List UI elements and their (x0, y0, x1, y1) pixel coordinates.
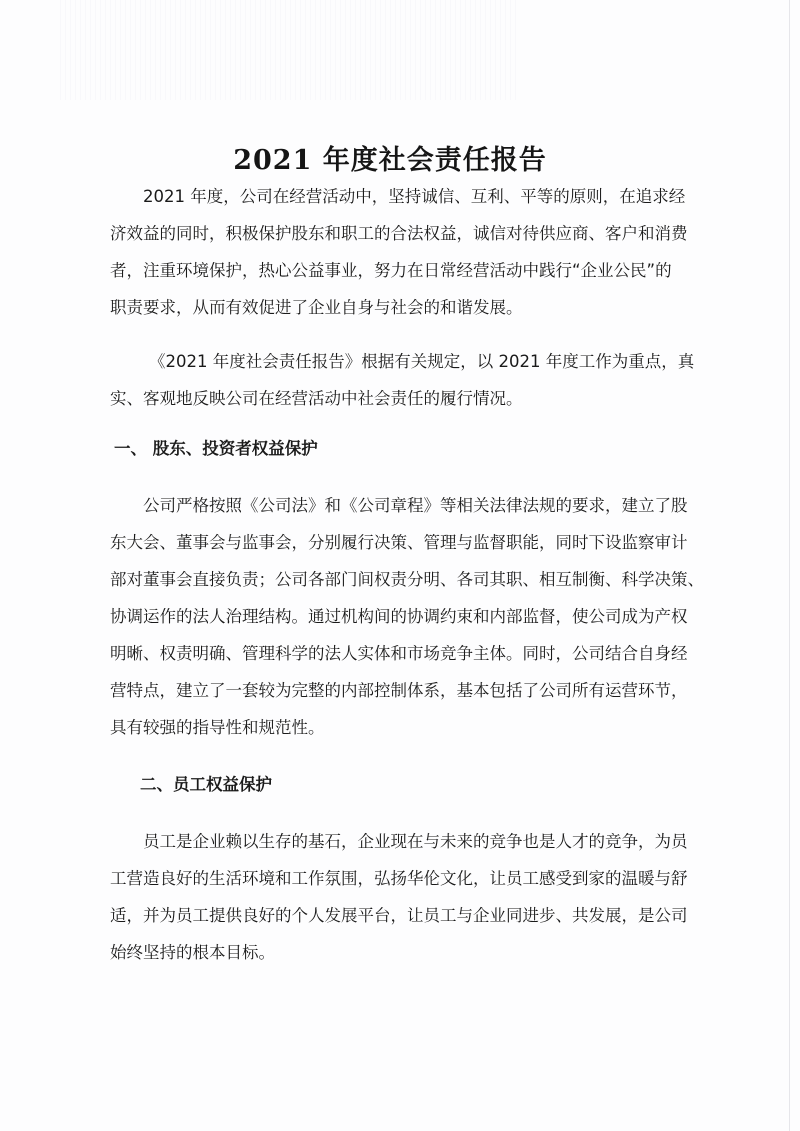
text-line: 职责要求，从而有效促进了企业自身与社会的和谐发展。 (110, 289, 670, 326)
document-title: 2021 年度社会责任报告 (0, 138, 780, 177)
text-line: 2021 年度，公司在经营活动中，坚持诚信、互利、平等的原则，在追求经 (110, 178, 670, 215)
section-heading-employees: 二、员工权益保护 (110, 766, 670, 803)
text-line: 部对董事会直接负责；公司各部门间权责分明、各司其职、相互制衡、科学决策、 (110, 561, 670, 598)
scan-artifact (60, 0, 520, 100)
section-heading-shareholders: 一、 股东、投资者权益保护 (110, 430, 670, 467)
intro-paragraph-1: 2021 年度，公司在经营活动中，坚持诚信、互利、平等的原则，在追求经 济效益的… (110, 178, 670, 326)
text-line: 《2021 年度社会责任报告》根据有关规定，以 2021 年度工作为重点，真 (110, 343, 670, 380)
page-edge (789, 0, 790, 1131)
text-line: 者，注重环境保护，热心公益事业，努力在日常经营活动中践行“企业公民”的 (110, 252, 670, 289)
text-line: 营特点，建立了一套较为完整的内部控制体系，基本包括了公司所有运营环节， (110, 672, 670, 709)
scanned-document-page: 2021 年度社会责任报告 2021 年度，公司在经营活动中，坚持诚信、互利、平… (0, 0, 800, 1131)
text-line: 实、客观地反映公司在经营活动中社会责任的履行情况。 (110, 380, 670, 417)
text-line: 协调运作的法人治理结构。通过机构间的协调约束和内部监督，使公司成为产权 (110, 598, 670, 635)
text-line: 明晰、权责明确、管理科学的法人实体和市场竞争主体。同时，公司结合自身经 (110, 635, 670, 672)
text-line: 东大会、董事会与监事会，分别履行决策、管理与监督职能，同时下设监察审计 (110, 524, 670, 561)
text-line: 具有较强的指导性和规范性。 (110, 709, 670, 746)
text-line: 济效益的同时，积极保护股东和职工的合法权益，诚信对待供应商、客户和消费 (110, 215, 670, 252)
intro-paragraph-2: 《2021 年度社会责任报告》根据有关规定，以 2021 年度工作为重点，真 实… (110, 343, 670, 417)
text-line: 适，并为员工提供良好的个人发展平台，让员工与企业同进步、共发展，是公司 (110, 897, 670, 934)
text-line: 始终坚持的根本目标。 (110, 934, 670, 971)
text-line: 公司严格按照《公司法》和《公司章程》等相关法律法规的要求，建立了股 (110, 487, 670, 524)
section-2-paragraph: 员工是企业赖以生存的基石，企业现在与未来的竞争也是人才的竞争，为员 工营造良好的… (110, 823, 670, 971)
text-line: 工营造良好的生活环境和工作氛围，弘扬华伦文化，让员工感受到家的温暖与舒 (110, 860, 670, 897)
text-line: 员工是企业赖以生存的基石，企业现在与未来的竞争也是人才的竞争，为员 (110, 823, 670, 860)
document-body: 2021 年度，公司在经营活动中，坚持诚信、互利、平等的原则，在追求经 济效益的… (110, 178, 670, 971)
section-1-paragraph: 公司严格按照《公司法》和《公司章程》等相关法律法规的要求，建立了股 东大会、董事… (110, 487, 670, 746)
